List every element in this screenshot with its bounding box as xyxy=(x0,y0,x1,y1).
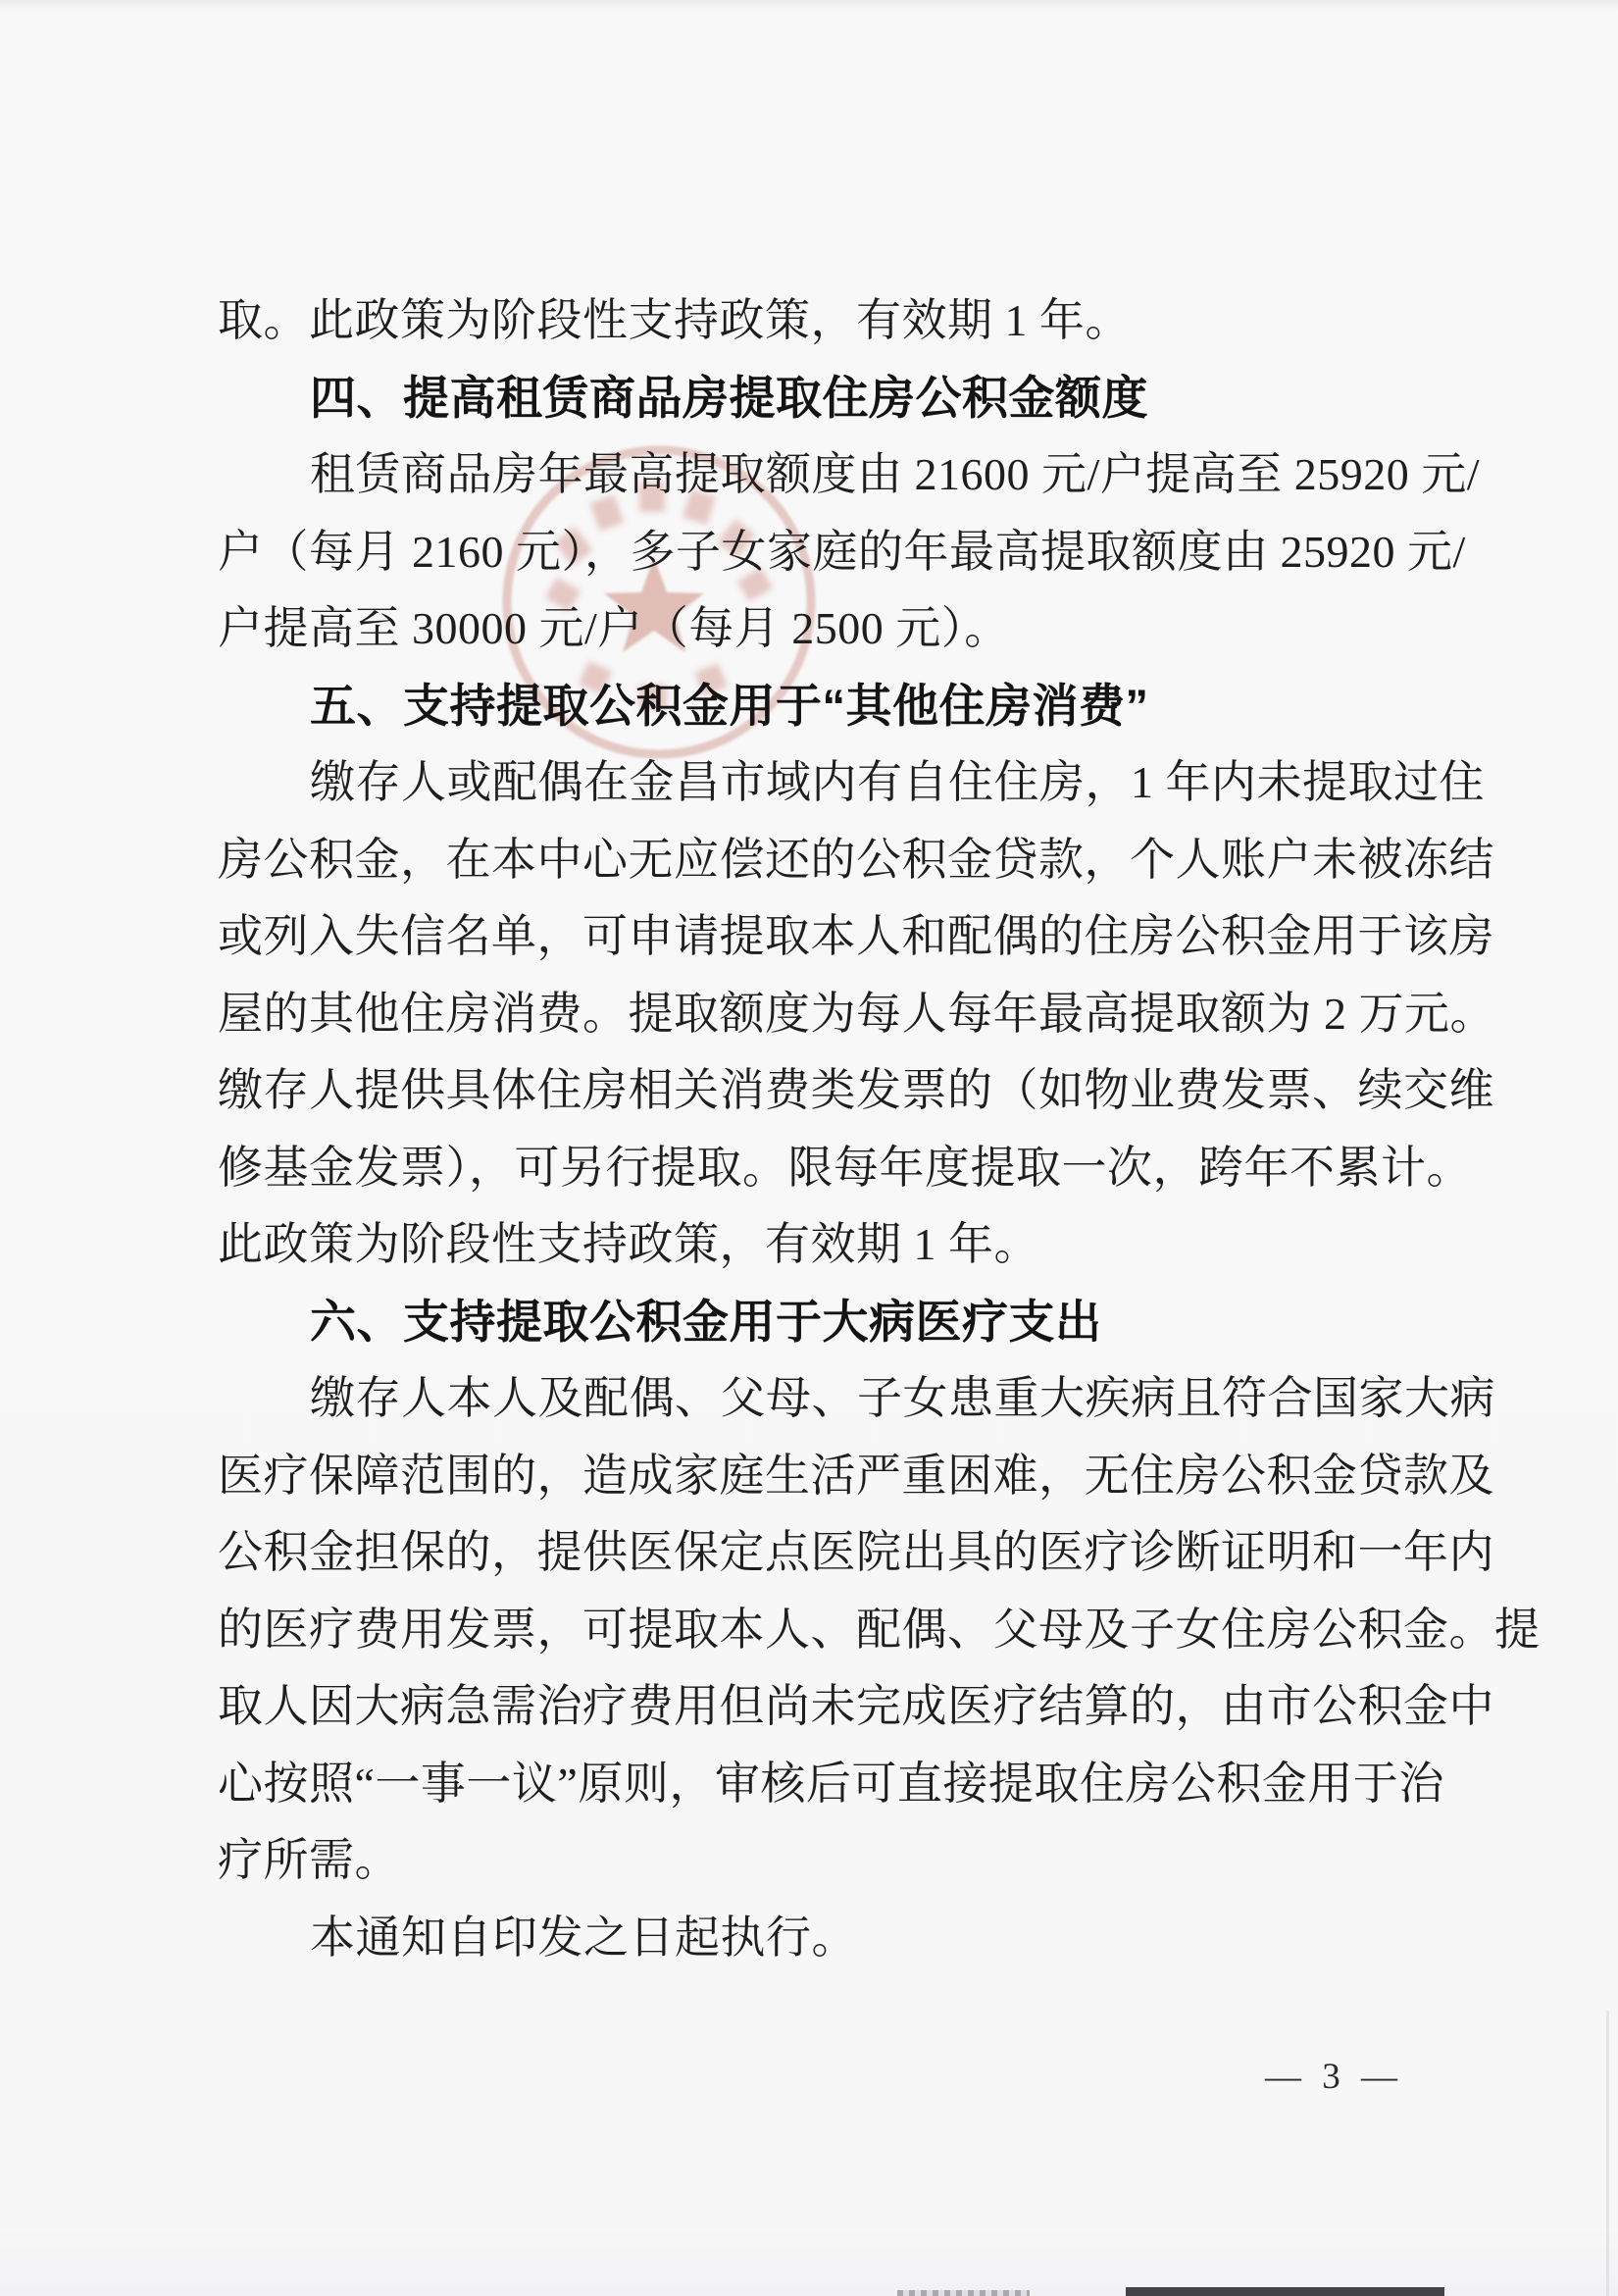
text-line: 缴存人或配偶在金昌市域内有自住住房，1 年内未提取过住 xyxy=(218,744,1406,822)
text-line: 户（每月 2160 元），多子女家庭的年最高提取额度由 25920 元/ xyxy=(218,514,1406,591)
page-number: — 3 — xyxy=(1265,2056,1403,2098)
text-line: 租赁商品房年最高提取额度由 21600 元/户提高至 25920 元/ xyxy=(218,436,1406,514)
text-line: 取人因大病急需治疗费用但尚未完成医疗结算的，由市公积金中 xyxy=(218,1668,1406,1746)
scanned-document-page: 取。此政策为阶段性支持政策，有效期 1 年。 四、提高租赁商品房提取住房公积金额… xyxy=(0,0,1618,2296)
text-line: 屋的其他住房消费。提取额度为每人每年最高提取额为 2 万元。 xyxy=(218,976,1406,1053)
text-line: 或列入失信名单，可申请提取本人和配偶的住房公积金用于该房 xyxy=(218,898,1406,976)
text-line: 取。此政策为阶段性支持政策，有效期 1 年。 xyxy=(218,282,1406,360)
text-line: 房公积金，在本中心无应偿还的公积金贷款，个人账户未被冻结 xyxy=(218,822,1406,899)
text-line: 疗所需。 xyxy=(218,1822,1406,1900)
section-heading-6: 六、支持提取公积金用于大病医疗支出 xyxy=(218,1284,1406,1361)
document-body: 取。此政策为阶段性支持政策，有效期 1 年。 四、提高租赁商品房提取住房公积金额… xyxy=(218,282,1406,1976)
text-line: 户提高至 30000 元/户（每月 2500 元）。 xyxy=(218,590,1406,668)
text-line: 医疗保障范围的，造成家庭生活严重困难，无住房公积金贷款及 xyxy=(218,1438,1406,1515)
text-line: 公积金担保的，提供医保定点医院出具的医疗诊断证明和一年内 xyxy=(218,1514,1406,1592)
scan-artifact-band xyxy=(1126,2287,1444,2296)
section-heading-4: 四、提高租赁商品房提取住房公积金额度 xyxy=(218,360,1406,437)
text-line: 此政策为阶段性支持政策，有效期 1 年。 xyxy=(218,1206,1406,1284)
scan-artifact-band xyxy=(897,2290,1030,2296)
text-line: 的医疗费用发票，可提取本人、配偶、父母及子女住房公积金。提 xyxy=(218,1592,1406,1669)
text-line: 缴存人本人及配偶、父母、子女患重大疾病且符合国家大病 xyxy=(218,1360,1406,1438)
text-line: 修基金发票），可另行提取。限每年度提取一次，跨年不累计。 xyxy=(218,1130,1406,1207)
section-heading-5: 五、支持提取公积金用于“其他住房消费” xyxy=(218,668,1406,745)
text-line: 心按照“一事一议”原则，审核后可直接提取住房公积金用于治 xyxy=(218,1746,1406,1823)
paper-edge-shadow xyxy=(1606,2011,1609,2296)
text-line: 缴存人提供具体住房相关消费类发票的（如物业费发票、续交维 xyxy=(218,1052,1406,1130)
text-line: 本通知自印发之日起执行。 xyxy=(218,1900,1406,1977)
